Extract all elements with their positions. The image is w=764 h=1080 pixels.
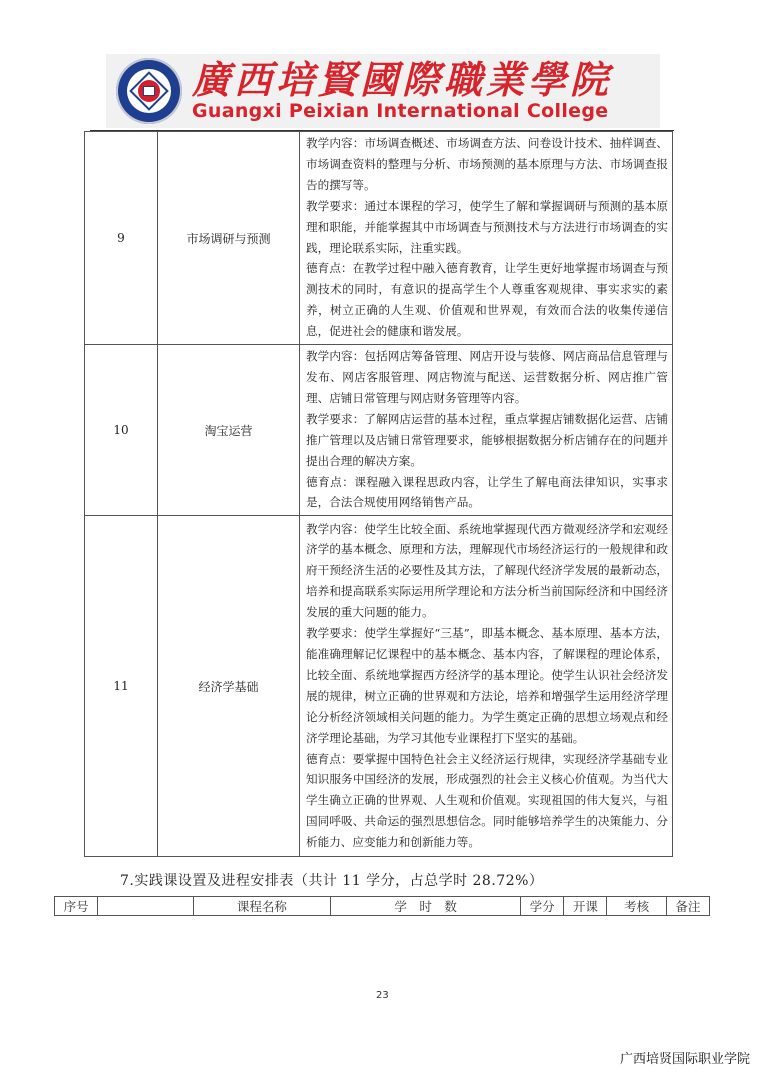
table-row: 10 淘宝运营 教学内容：包括网店筹备管理、网店开设与装修、网店商品信息管理与发…	[85, 345, 673, 516]
teaching-requirement: 教学要求：通过本课程的学习，使学生了解和掌握调研与预测的基本原理和职能，并能掌握…	[306, 196, 668, 259]
header-semester: 开课	[564, 897, 607, 916]
header-hours: 学 时 数	[331, 897, 521, 916]
college-name-cn: 廣西培賢國際職業學院	[192, 60, 612, 100]
course-description-table: 9 市场调研与预测 教学内容：市场调查概述、市场调查方法、问卷设计技术、抽样调查…	[84, 131, 673, 857]
moral-education-point: 德育点：课程融入课程思政内容，让学生了解电商法律知识，实事求是，合法合规使用网络…	[306, 472, 668, 514]
course-number: 11	[85, 516, 158, 857]
table-row: 9 市场调研与预测 教学内容：市场调查概述、市场调查方法、问卷设计技术、抽样调查…	[85, 132, 673, 345]
practice-section-title: 7.实践课设置及进程安排表（共计 11 学分，占总学时 28.72%）	[120, 870, 543, 890]
course-name: 淘宝运营	[158, 345, 300, 516]
course-name: 市场调研与预测	[158, 132, 300, 345]
college-emblem-icon	[116, 58, 182, 124]
course-description: 教学内容：市场调查概述、市场调查方法、问卷设计技术、抽样调查、市场调查资料的整理…	[300, 132, 673, 345]
table-header-row: 序号 课程名称 学 时 数 学分 开课 考核 备注	[55, 897, 710, 916]
moral-education-point: 德育点：要掌握中国特色社会主义经济运行规律，实现经济学基础专业知识服务中国经济的…	[306, 749, 668, 854]
moral-education-point: 德育点：在教学过程中融入德育教育，让学生更好地掌握市场调查与预测技术的同时，有意…	[306, 258, 668, 342]
course-number: 9	[85, 132, 158, 345]
college-banner: 廣西培賢國際職業學院 Guangxi Peixian International…	[106, 54, 660, 128]
course-description: 教学内容：包括网店筹备管理、网店开设与装修、网店商品信息管理与发布、网店客服管理…	[300, 345, 673, 516]
teaching-requirement: 教学要求：使学生掌握好“三基”，即基本概念、基本原理、基本方法，能准确理解记忆课…	[306, 623, 668, 748]
teaching-content: 教学内容：使学生比较全面、系统地掌握现代西方微观经济学和宏观经济学的基本概念、原…	[306, 519, 668, 624]
header-assessment: 考核	[607, 897, 666, 916]
teaching-content: 教学内容：包括网店筹备管理、网店开设与装修、网店商品信息管理与发布、网店客服管理…	[306, 346, 668, 409]
header-blank	[98, 897, 193, 916]
college-name-en: Guangxi Peixian International College	[192, 100, 612, 122]
table-row: 11 经济学基础 教学内容：使学生比较全面、系统地掌握现代西方微观经济学和宏观经…	[85, 516, 673, 857]
page-number: 23	[376, 990, 389, 1001]
teaching-content: 教学内容：市场调查概述、市场调查方法、问卷设计技术、抽样调查、市场调查资料的整理…	[306, 133, 668, 196]
header-remarks: 备注	[666, 897, 709, 916]
course-name: 经济学基础	[158, 516, 300, 857]
header-credits: 学分	[521, 897, 564, 916]
course-number: 10	[85, 345, 158, 516]
header-serial: 序号	[55, 897, 98, 916]
header-course-name: 课程名称	[193, 897, 331, 916]
practice-course-table: 序号 课程名称 学 时 数 学分 开课 考核 备注	[54, 896, 710, 916]
course-description: 教学内容：使学生比较全面、系统地掌握现代西方微观经济学和宏观经济学的基本概念、原…	[300, 516, 673, 857]
footer-college-name: 广西培贤国际职业学院	[620, 1048, 750, 1067]
teaching-requirement: 教学要求：了解网店运营的基本过程，重点掌握店铺数据化运营、店铺推广管理以及店铺日…	[306, 409, 668, 472]
